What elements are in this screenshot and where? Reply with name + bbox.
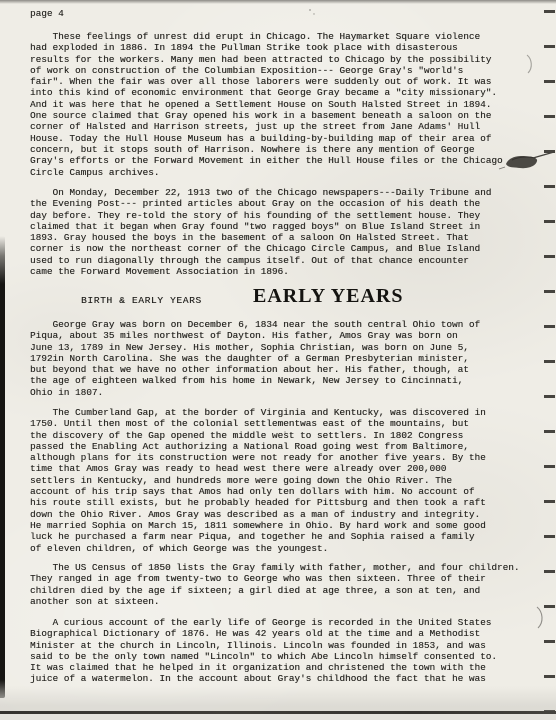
scan-edge-top — [0, 0, 556, 4]
section-side-label: BIRTH & EARLY YEARS — [81, 295, 202, 306]
paragraph-biographical-dictionary: A curious account of the early life of G… — [30, 617, 497, 685]
paragraph-chicago-unrest: These feelings of unrest did erupt in Ch… — [30, 31, 503, 178]
scan-edge-below-line — [0, 714, 556, 720]
binding-marks — [544, 0, 555, 718]
document-page: page 4 These feelings of unrest did erup… — [0, 0, 556, 720]
scan-edge-bottom-shade — [0, 686, 556, 711]
paragraph-death-articles: On Monday, December 22, 1913 two of the … — [30, 187, 491, 277]
paragraph-birth: George Gray was born on December 6, 1834… — [30, 319, 480, 398]
pen-mark-top — [527, 55, 531, 73]
scan-edge-left — [0, 236, 5, 698]
paragraph-us-census: The US Census of 1850 lists the Gray fam… — [30, 562, 519, 607]
page-number-label: page 4 — [30, 8, 64, 19]
pen-mark-bottom — [537, 607, 542, 628]
paragraph-cumberland-gap: The Cumberland Gap, at the border of Vir… — [30, 407, 486, 554]
section-title: EARLY YEARS — [253, 285, 403, 308]
